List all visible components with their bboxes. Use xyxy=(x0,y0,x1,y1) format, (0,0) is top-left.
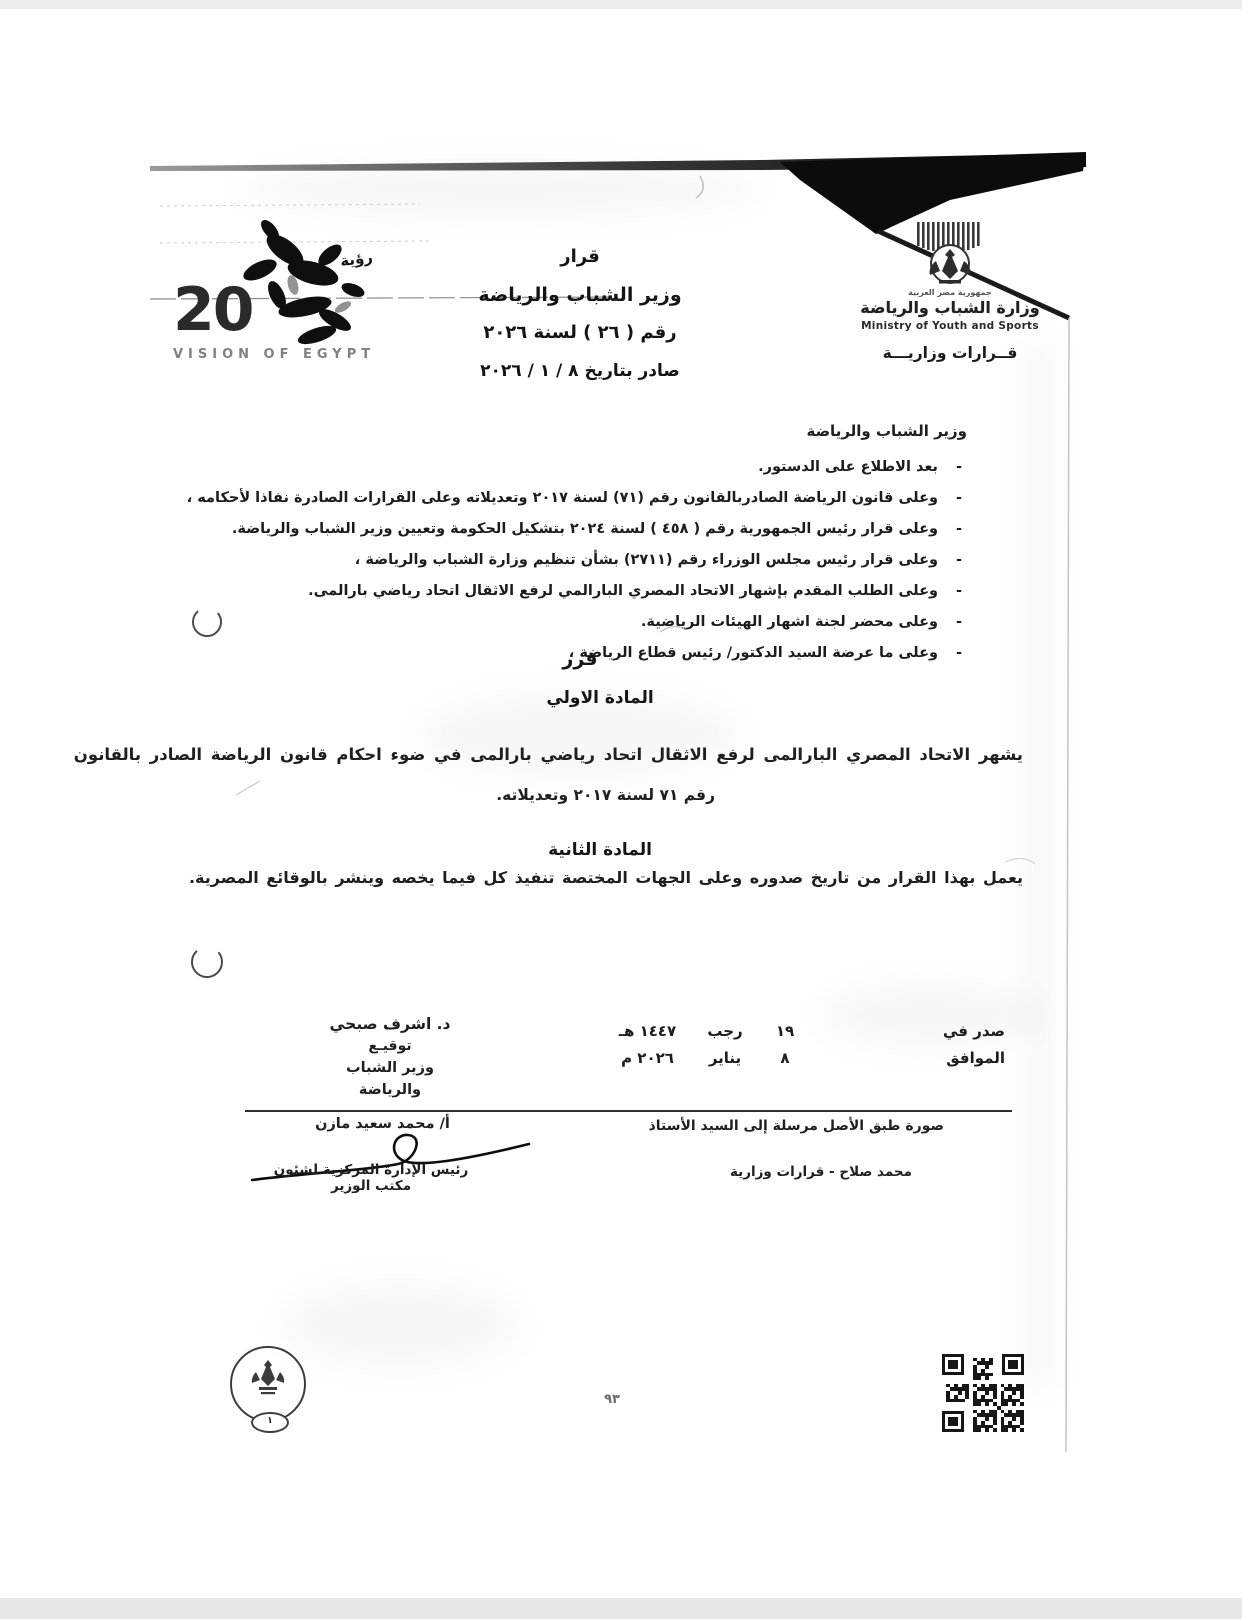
minister-name: د. اشرف صبحي xyxy=(315,1012,465,1036)
page-edge-line xyxy=(1066,318,1069,1452)
scratch-mark xyxy=(696,176,703,198)
preamble-item: -وعلى محضر لجنة اشهار الهيئات الرياضية. xyxy=(270,607,962,638)
issue-date-month: رجب xyxy=(695,1022,755,1040)
separator-line xyxy=(245,1110,1012,1112)
ministerial-decisions-label: قــرارات وزاريـــة xyxy=(855,344,1045,362)
issue-date-year: ١٤٤٧ هـ xyxy=(600,1022,695,1040)
preamble-intro: وزير الشباب والرياضة xyxy=(340,422,967,440)
qr-finder xyxy=(1002,1354,1024,1375)
decree-title-word: قرار xyxy=(420,238,740,276)
dash-bullet: - xyxy=(952,452,962,483)
document-page: 20 رؤية VISION OF EGYPT جمهورية مصر العر… xyxy=(0,0,1242,1619)
official-stamp: ١ xyxy=(230,1346,304,1436)
page-number: ٩٣ xyxy=(590,1392,634,1407)
preamble-item: -وعلى قرار رئيس الجمهورية رقم ( ٤٥٨ ) لس… xyxy=(270,514,962,545)
decree-title-date: صادر بتاريخ ٨ / ١ / ٢٠٢٦ xyxy=(420,352,740,390)
preamble-item: -وعلى قانون الرياضة الصادربالقانون رقم (… xyxy=(270,483,962,514)
certified-copy-note: صورة طبق الأصل مرسلة إلى السيد الأستاذ xyxy=(688,1118,944,1134)
decree-title-block: قرار وزير الشباب والرياضة رقم ( ٢٦ ) لسن… xyxy=(420,238,740,390)
stamp-circle: ١ xyxy=(230,1346,306,1422)
article1-text-line2: رقم ٧١ لسنة ٢٠١٧ وتعديلاته. xyxy=(535,786,715,804)
article2-heading: المادة الثانية xyxy=(500,840,700,860)
qr-finder xyxy=(942,1411,964,1432)
article1-text-line1: يشهر الاتحاد المصري البارالمى لرفع الاثق… xyxy=(195,745,1023,764)
stamp-number: ١ xyxy=(251,1412,289,1433)
stamp-eagle-icon xyxy=(248,1358,288,1406)
gregorian-date-day: ٨ xyxy=(770,1049,800,1067)
ministry-name-arabic: وزارة الشباب والرياضة xyxy=(855,298,1045,317)
dash-bullet: - xyxy=(952,483,962,514)
issue-date-label: صدر في xyxy=(925,1022,1005,1040)
vision-2030-logo: 20 رؤية VISION OF EGYPT xyxy=(165,195,420,380)
gregorian-date-label: الموافق xyxy=(925,1049,1005,1067)
minister-signature-block: د. اشرف صبحي توقيـع وزير الشباب والرياضة xyxy=(315,1012,465,1101)
ministry-name-english: Ministry of Youth and Sports xyxy=(855,320,1045,332)
dash-bullet: - xyxy=(952,576,962,607)
dash-bullet: - xyxy=(952,514,962,545)
ministry-logo-block: جمهورية مصر العربية وزارة الشباب والرياض… xyxy=(855,222,1045,370)
preamble-item: -وعلى قرار رئيس مجلس الوزراء رقم (٢٧١١) … xyxy=(270,545,962,576)
dash-bullet: - xyxy=(952,607,962,638)
gregorian-date-month: يناير xyxy=(695,1049,755,1067)
scratch-mark xyxy=(1005,858,1035,864)
preamble-item: -بعد الاطلاع على الدستور. xyxy=(270,452,962,483)
article1-heading: المادة الاولي xyxy=(500,688,700,708)
qr-finder xyxy=(942,1354,964,1375)
eagle-emblem-icon xyxy=(905,222,995,288)
decree-title-minister: وزير الشباب والرياضة xyxy=(420,276,740,314)
copy-recipient: محمد صلاح - قرارات وزارية xyxy=(762,1164,912,1180)
decree-word: قرر xyxy=(480,648,680,670)
minister-title: وزير الشباب والرياضة xyxy=(315,1057,465,1101)
gregorian-date-year: ٢٠٢٦ م xyxy=(600,1049,695,1067)
qr-code xyxy=(942,1354,1024,1432)
signature-word: توقيـع xyxy=(315,1036,465,1057)
vision-logo-number: 20 xyxy=(173,275,253,345)
scratch-mark xyxy=(236,781,260,795)
hole-punch-mark xyxy=(186,941,228,983)
issue-date-day: ١٩ xyxy=(770,1022,800,1040)
ministry-arc-text: جمهورية مصر العربية xyxy=(855,288,1045,297)
officer-title: رئيس الإدارة المركزية لشئون مكتب الوزير xyxy=(272,1162,470,1194)
vision-logo-caption: VISION OF EGYPT xyxy=(173,347,375,362)
dash-bullet: - xyxy=(952,638,962,669)
dash-bullet: - xyxy=(952,545,962,576)
article2-text: يعمل بهذا القرار من تاريخ صدوره وعلى الج… xyxy=(290,868,1023,887)
hole-punch-mark xyxy=(187,602,226,641)
preamble-item: -وعلى الطلب المقدم بإشهار الاتحاد المصري… xyxy=(270,576,962,607)
decree-title-number: رقم ( ٢٦ ) لسنة ٢٠٢٦ xyxy=(420,314,740,352)
preamble-list: -بعد الاطلاع على الدستور. -وعلى قانون ال… xyxy=(270,452,962,669)
